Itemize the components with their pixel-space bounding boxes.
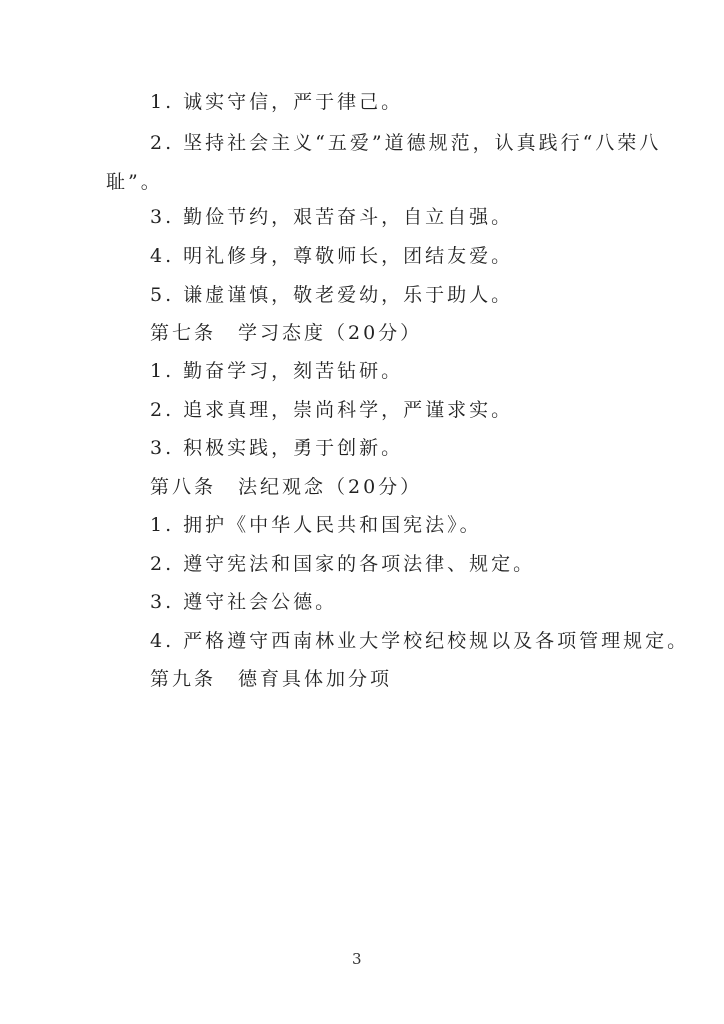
list-item-diligence: 1. 勤奋学习，刻苦钻研。 xyxy=(150,359,403,383)
article-heading-9: 第九条 德育具体加分项 xyxy=(150,667,392,691)
article-heading-7: 第七条 学习态度（20分） xyxy=(150,321,422,345)
list-item-laws: 2. 遵守宪法和国家的各项法律、规定。 xyxy=(150,552,535,576)
list-item-five-loves: 2. 坚持社会主义“五爱”道德规范，认真践行“八荣八 xyxy=(150,131,661,155)
list-item-social-ethics: 3. 遵守社会公德。 xyxy=(150,590,337,614)
list-item-five-loves-continued: 耻”。 xyxy=(106,170,163,194)
list-item-modesty: 5. 谦虚谨慎，敬老爱幼，乐于助人。 xyxy=(150,283,513,307)
list-item-truth: 2. 追求真理，崇尚科学，严谨求实。 xyxy=(150,398,513,422)
list-item-practice: 3. 积极实践，勇于创新。 xyxy=(150,436,403,460)
list-item-honesty: 1. 诚实守信，严于律己。 xyxy=(150,90,403,114)
list-item-thrift: 3. 勤俭节约，艰苦奋斗，自立自强。 xyxy=(150,205,513,229)
page-number: 3 xyxy=(352,950,362,968)
list-item-constitution: 1. 拥护《中华人民共和国宪法》。 xyxy=(150,513,482,537)
list-item-school-rules: 4. 严格遵守西南林业大学校纪校规以及各项管理规定。 xyxy=(150,629,689,653)
list-item-courtesy: 4. 明礼修身，尊敬师长，团结友爱。 xyxy=(150,244,513,268)
article-heading-8: 第八条 法纪观念（20分） xyxy=(150,475,422,499)
